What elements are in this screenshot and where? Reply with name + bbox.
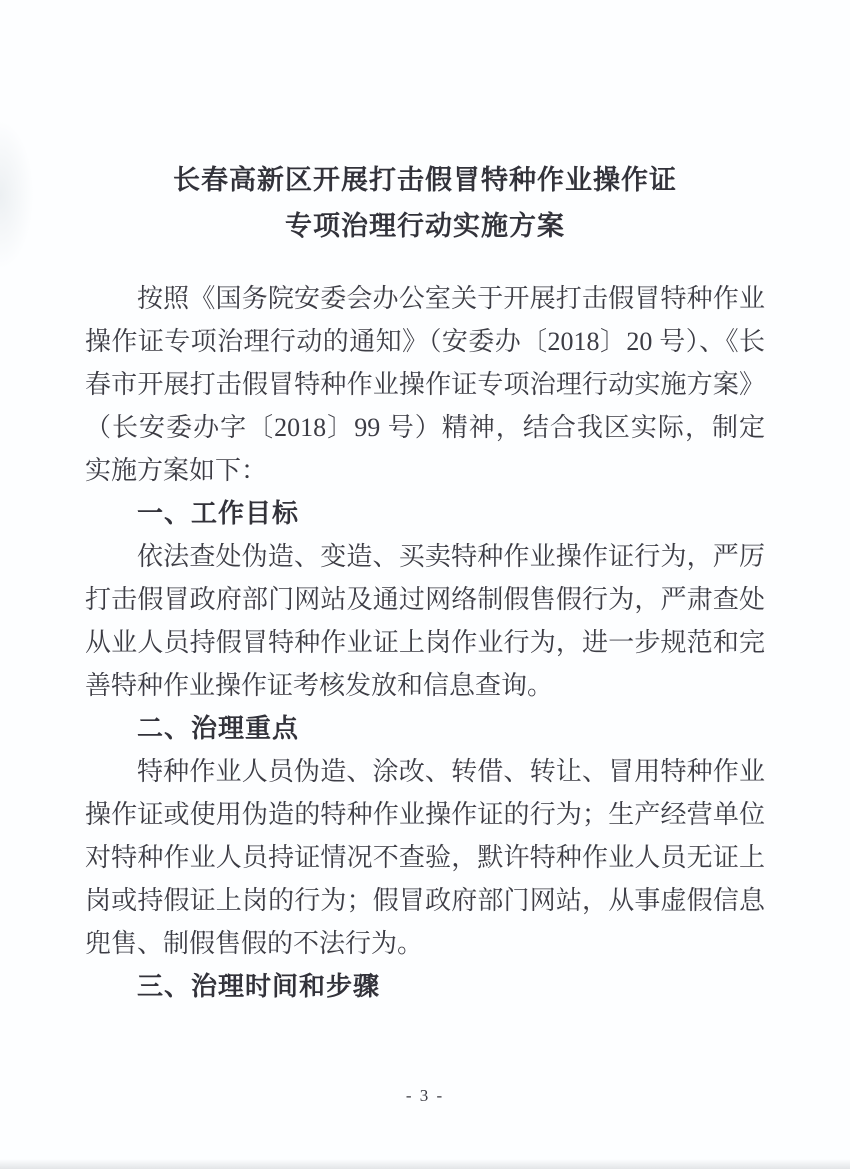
section-heading-treatment-schedule: 三、治理时间和步骤 <box>85 965 765 1008</box>
section-heading-work-goals: 一、工作目标 <box>85 492 765 535</box>
paragraph-intro: 按照《国务院安委会办公室关于开展打击假冒特种作业操作证专项治理行动的通知》（安委… <box>85 277 765 492</box>
scanned-document-page: 长春高新区开展打击假冒特种作业操作证 专项治理行动实施方案 按照《国务院安委会办… <box>0 0 850 1169</box>
scan-bottom-edge-artifact <box>0 1159 850 1169</box>
page-number: - 3 - <box>0 1086 850 1106</box>
paragraph-treatment-focus: 特种作业人员伪造、涂改、转借、转让、冒用特种作业操作证或使用伪造的特种作业操作证… <box>85 750 765 965</box>
document-title-line-2: 专项治理行动实施方案 <box>85 203 765 249</box>
section-heading-treatment-focus: 二、治理重点 <box>85 707 765 750</box>
document-title-line-1: 长春高新区开展打击假冒特种作业操作证 <box>85 157 765 203</box>
document-body: 按照《国务院安委会办公室关于开展打击假冒特种作业操作证专项治理行动的通知》（安委… <box>85 277 765 1008</box>
document-title: 长春高新区开展打击假冒特种作业操作证 专项治理行动实施方案 <box>85 157 765 249</box>
scan-smudge-artifact <box>0 120 34 270</box>
paragraph-work-goals: 依法查处伪造、变造、买卖特种作业操作证行为，严厉打击假冒政府部门网站及通过网络制… <box>85 535 765 707</box>
